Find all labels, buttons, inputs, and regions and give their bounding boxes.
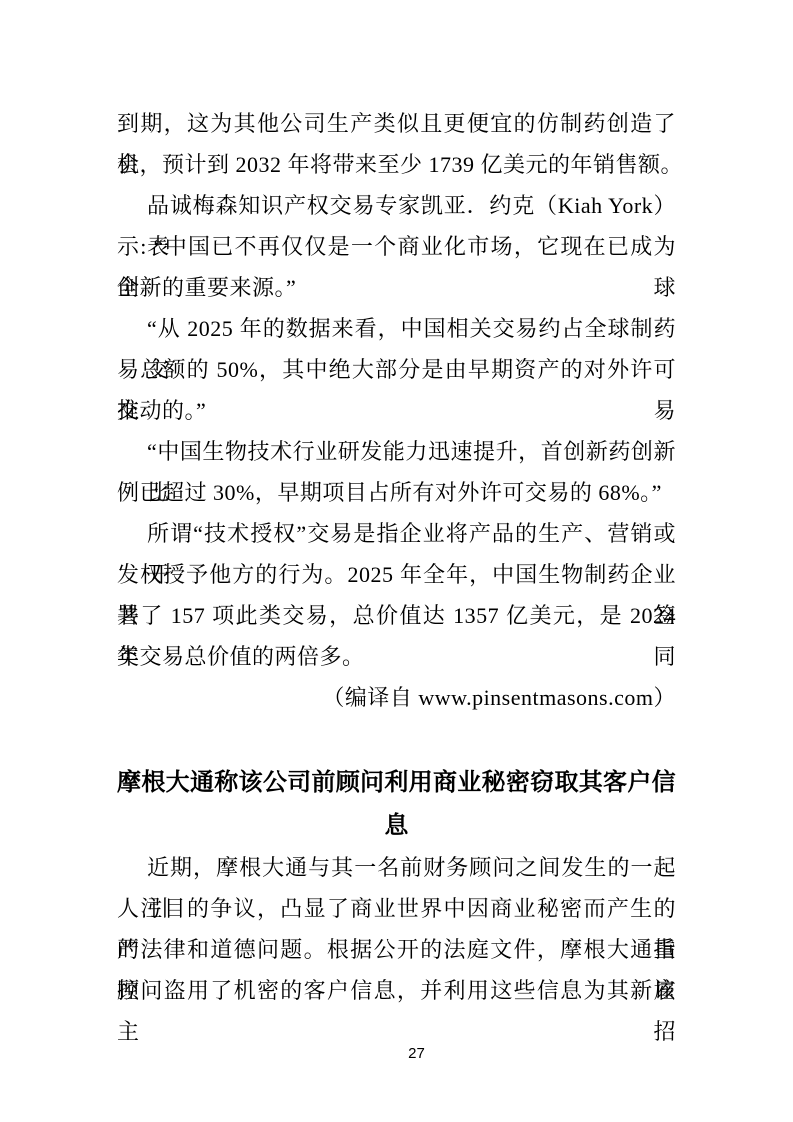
article2-title: 摩根大通称该公司前顾问利用商业秘密窃取其客户信 息 xyxy=(117,761,676,847)
body-text-line: 品诚梅森知识产权交易专家凯亚．约克（Kiah York）表 xyxy=(117,185,676,226)
source-attribution: （编译自 www.pinsentmasons.com） xyxy=(117,677,676,718)
body-text-line: 顾问盗用了机密的客户信息，并利用这些信息为其新雇主招 xyxy=(117,970,676,1011)
body-text-line: 例已超过 30%，早期项目占所有对外许可交易的 68%。” xyxy=(117,472,676,513)
body-text-line: 示: “中国已不再仅仅是一个商业化市场，它现在已成为全球 xyxy=(117,226,676,267)
body-text-line: 到期，这为其他公司生产类似且更便宜的仿制药创造了机 xyxy=(117,103,676,144)
body-text-line: “中国生物技术行业研发能力迅速提升，首创新药创新比 xyxy=(117,431,676,472)
body-text-line: 所谓“技术授权”交易是指企业将产品的生产、营销或开 xyxy=(117,513,676,554)
body-text-line: 的法律和道德问题。根据公开的法庭文件，摩根大通指控该 xyxy=(117,929,676,970)
page-number: 27 xyxy=(0,1044,793,1064)
article1-body: 到期，这为其他公司生产类似且更便宜的仿制药创造了机 会，预计到 2032 年将带… xyxy=(117,103,676,718)
article2-body: 近期，摩根大通与其一名前财务顾问之间发生的一起引 人注目的争议，凸显了商业世界中… xyxy=(117,847,676,1011)
text-column: 到期，这为其他公司生产类似且更便宜的仿制药创造了机 会，预计到 2032 年将带… xyxy=(117,103,676,1011)
article-title-line-1: 摩根大通称该公司前顾问利用商业秘密窃取其客户信 xyxy=(117,761,676,804)
document-page: 到期，这为其他公司生产类似且更便宜的仿制药创造了机 会，预计到 2032 年将带… xyxy=(0,0,793,1122)
body-text-line: 易总额的 50%，其中绝大部分是由早期资产的对外许可交易 xyxy=(117,349,676,390)
body-text-line: 会，预计到 2032 年将带来至少 1739 亿美元的年销售额。 xyxy=(117,144,676,185)
article-title-line-2: 息 xyxy=(117,804,676,847)
body-text-line: 近期，摩根大通与其一名前财务顾问之间发生的一起引 xyxy=(117,847,676,888)
body-text-line: “从 2025 年的数据来看，中国相关交易约占全球制药交 xyxy=(117,308,676,349)
body-text-line: 人注目的争议，凸显了商业世界中因商业秘密而产生的严重 xyxy=(117,888,676,929)
body-text-line: 发权授予他方的行为。2025 年全年，中国生物制药企业共签 xyxy=(117,554,676,595)
body-text-line: 署了 157 项此类交易，总价值达 1357 亿美元，是 2024 年同 xyxy=(117,595,676,636)
